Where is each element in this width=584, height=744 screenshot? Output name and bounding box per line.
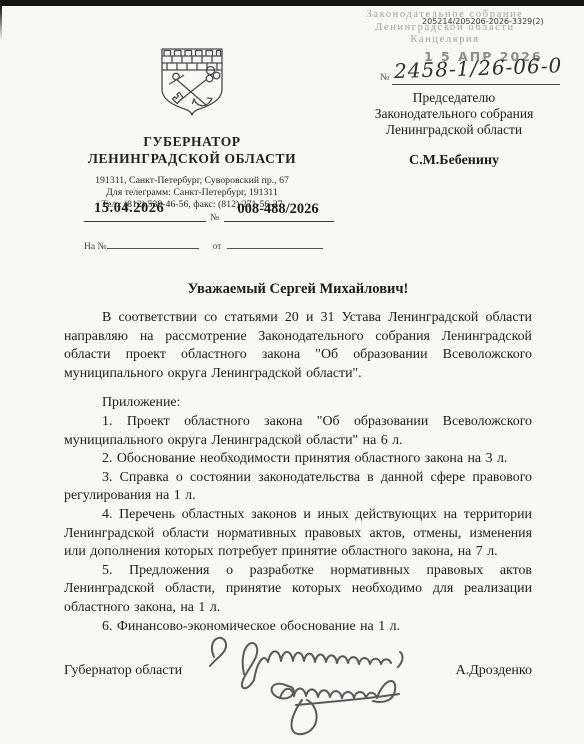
salutation: Уважаемый Сергей Михайлович! xyxy=(64,281,532,298)
handwritten-incoming-number: 2458-1/26-06-0 xyxy=(394,53,571,83)
incoming-number-block: № 2458-1/26-06-0 xyxy=(378,60,568,88)
date-number-row: 15.04.2026 008-488/2026 № xyxy=(84,200,336,226)
attachment-item: 3. Справка о состоянии законодательства … xyxy=(64,469,532,506)
number-sign: № xyxy=(210,213,219,223)
scan-edge-left xyxy=(0,6,2,40)
coat-of-arms-icon xyxy=(157,42,227,118)
number-underline xyxy=(224,221,334,222)
registration-stamp: Законодательное собрание Ленинградской о… xyxy=(320,9,570,47)
letterhead-title-line1: ГУБЕРНАТОР xyxy=(58,134,326,151)
incoming-number-underline xyxy=(392,84,560,85)
letter-body: Уважаемый Сергей Михайлович! В соответст… xyxy=(64,281,532,679)
letterhead: ГУБЕРНАТОР ЛЕНИНГРАДСКОЙ ОБЛАСТИ 191311,… xyxy=(58,42,326,211)
date-underline xyxy=(84,221,206,222)
letterhead-title-line2: ЛЕНИНГРАДСКОЙ ОБЛАСТИ xyxy=(58,151,326,168)
signer-name: А.Дрозденко xyxy=(456,663,532,679)
letterhead-address-line: Для телеграмм: Санкт-Петербург, 191311 xyxy=(58,187,326,199)
signature-autograph xyxy=(184,621,464,743)
attachment-item: 2. Обоснование необходимости принятия об… xyxy=(64,450,532,469)
reference-date-underline xyxy=(227,239,323,249)
attachment-item: 4. Перечень областных законов и иных дей… xyxy=(64,506,532,562)
addressee-name: С.М.Бебенину xyxy=(328,153,580,169)
reference-number-underline xyxy=(107,239,199,249)
document-number: 008-488/2026 xyxy=(222,201,334,218)
reference-label: На № xyxy=(84,242,107,252)
scan-edge-top xyxy=(0,0,584,6)
document-date: 15.04.2026 xyxy=(94,200,164,217)
letterhead-address-line: 191311, Санкт-Петербург, Суворовский пр.… xyxy=(58,175,326,187)
addressee-line: Законодательного собрания xyxy=(328,106,580,122)
addressee-block: Председателю Законодательного собрания Л… xyxy=(328,90,580,169)
signature-row: Губернатор области А.Дрозденко xyxy=(64,663,532,679)
signer-position: Губернатор области xyxy=(64,663,182,679)
stamp-registration-number: 205214/205206-2026-3329(2) xyxy=(422,17,544,26)
reference-line: На №от xyxy=(84,239,354,252)
reference-from-label: от xyxy=(213,242,222,252)
body-paragraph: В соответствии со статьями 20 и 31 Устав… xyxy=(64,309,532,383)
attachments-label: Приложение: xyxy=(64,394,532,413)
document-page: Законодательное собрание Ленинградской о… xyxy=(0,0,584,744)
attachment-item: 5. Предложения о разработке нормативных … xyxy=(64,562,532,618)
addressee-line: Ленинградской области xyxy=(328,122,580,138)
attachment-item: 6. Финансово-экономическое обоснование н… xyxy=(64,618,532,637)
letterhead-title: ГУБЕРНАТОР ЛЕНИНГРАДСКОЙ ОБЛАСТИ xyxy=(58,134,326,167)
stamp-org-line: Канцелярия xyxy=(320,34,570,47)
attachment-item: 1. Проект областного закона "Об образова… xyxy=(64,413,532,450)
addressee-line: Председателю xyxy=(328,90,580,106)
number-sign: № xyxy=(380,72,390,83)
